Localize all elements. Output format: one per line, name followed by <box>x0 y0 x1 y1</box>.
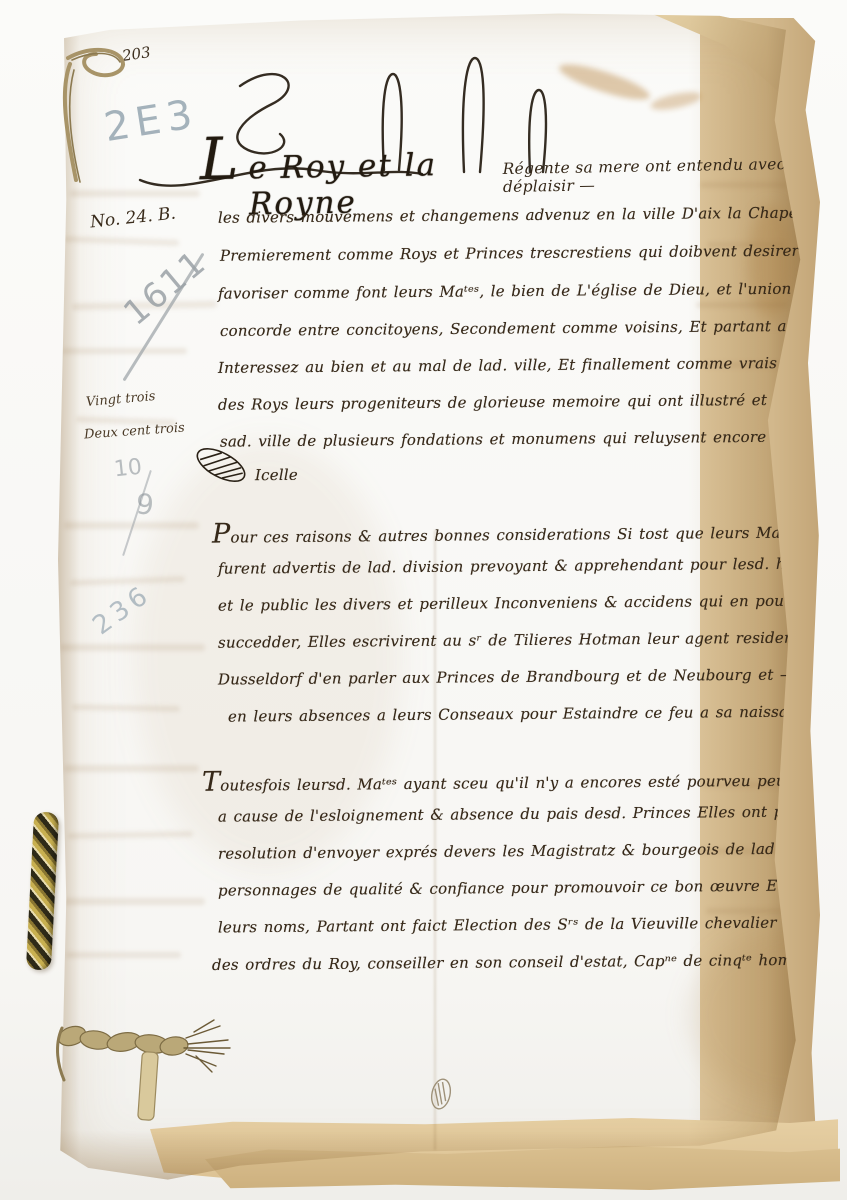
margin-note-line2: Deux cent trois <box>84 421 186 443</box>
body-line: Pour ces raisons & autres bonnes conside… <box>212 513 818 549</box>
bleedthrough-mark <box>64 236 179 246</box>
heading-initial: L <box>199 133 238 186</box>
margin-note-line1: Vingt trois <box>85 389 156 410</box>
bleedthrough-mark <box>696 302 788 308</box>
bleedthrough-mark <box>62 348 187 354</box>
heading-opening-text: Régente sa mere ont entendu avec déplais… <box>502 155 804 196</box>
pencil-number-10: 10 <box>113 455 143 483</box>
bleedthrough-mark <box>60 898 205 905</box>
file-number: No. 24. B. <box>89 204 177 233</box>
ink-blot <box>186 440 256 490</box>
scanner-background: { "colors":{"paper":"#ecd9b2","ink":"#36… <box>0 0 847 1200</box>
embossed-oval-mark <box>424 1072 458 1116</box>
bleedthrough-mark <box>68 831 193 839</box>
bleedthrough-mark <box>66 952 181 958</box>
bleedthrough-mark <box>64 765 199 772</box>
binding-tie-knot <box>44 996 254 1146</box>
body-line: Icelle <box>255 466 298 484</box>
body-line: Toutesfois leursd. Maᵗᵉˢ ayant sceu qu'i… <box>202 761 843 798</box>
binding-thread-top-corner <box>30 30 170 190</box>
binding-cord-striped <box>26 811 59 970</box>
bleedthrough-mark <box>60 644 205 651</box>
bleedthrough-mark <box>72 704 180 712</box>
center-fold-crease <box>434 530 436 1150</box>
pencil-number-9: 9 <box>135 487 155 521</box>
